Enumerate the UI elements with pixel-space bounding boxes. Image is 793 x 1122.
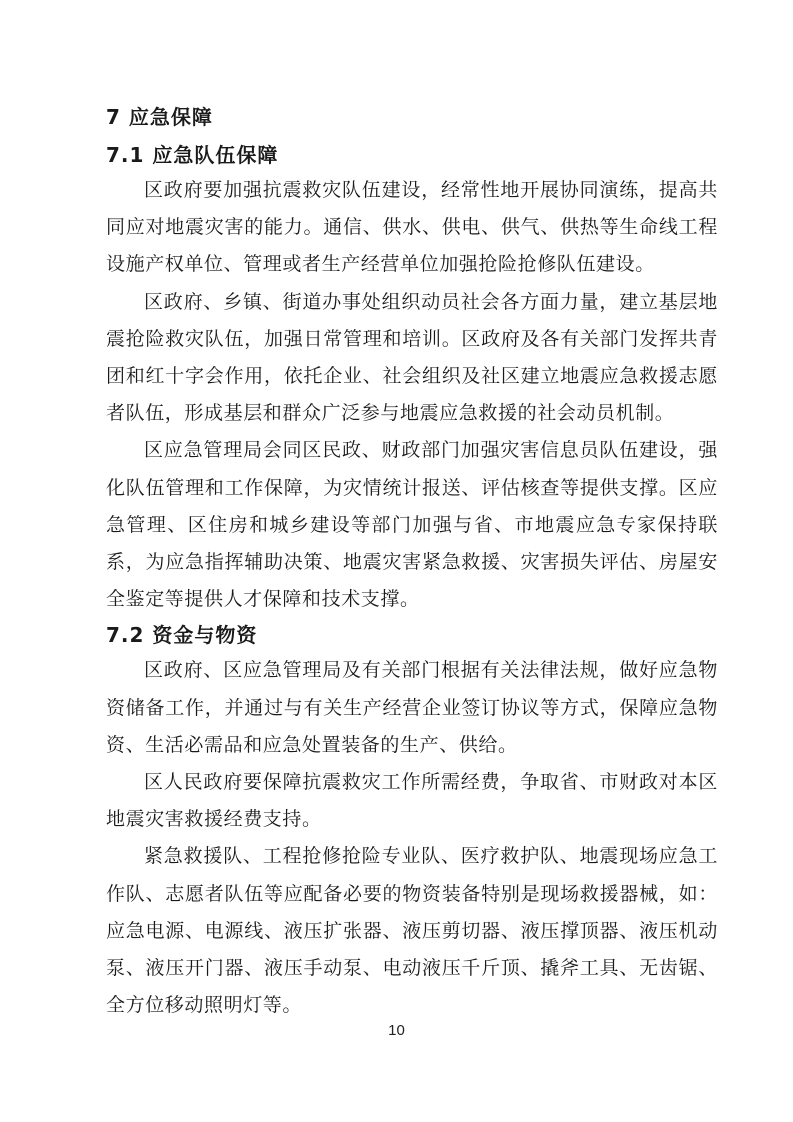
paragraph: 区政府要加强抗震救灾队伍建设，经常性地开展协同演练，提高共同应对地震灾害的能力。… xyxy=(106,172,718,284)
page-number: 10 xyxy=(0,1022,793,1039)
paragraph: 区应急管理局会同区民政、财政部门加强灾害信息员队伍建设，强化队伍管理和工作保障，… xyxy=(106,432,718,618)
chapter-heading: 7 应急保障 xyxy=(106,100,718,134)
section-heading: 7.1 应急队伍保障 xyxy=(106,138,718,172)
paragraph: 区政府、乡镇、街道办事处组织动员社会各方面力量，建立基层地震抢险救灾队伍，加强日… xyxy=(106,284,718,433)
paragraph: 紧急救援队、工程抢修抢险专业队、医疗救护队、地震现场应急工作队、志愿者队伍等应配… xyxy=(106,838,718,1024)
paragraph: 区人民政府要保障抗震救灾工作所需经费，争取省、市财政对本区地震灾害救援经费支持。 xyxy=(106,764,718,838)
section-7-2: 7.2 资金与物资 区政府、区应急管理局及有关部门根据有关法律法规，做好应急物资… xyxy=(106,618,718,1024)
paragraph: 区政府、区应急管理局及有关部门根据有关法律法规，做好应急物资储备工作，并通过与有… xyxy=(106,652,718,764)
section-7-1: 7.1 应急队伍保障 区政府要加强抗震救灾队伍建设，经常性地开展协同演练，提高共… xyxy=(106,138,718,618)
section-heading: 7.2 资金与物资 xyxy=(106,618,718,652)
document-page: 7 应急保障 7.1 应急队伍保障 区政府要加强抗震救灾队伍建设，经常性地开展协… xyxy=(106,100,718,1024)
